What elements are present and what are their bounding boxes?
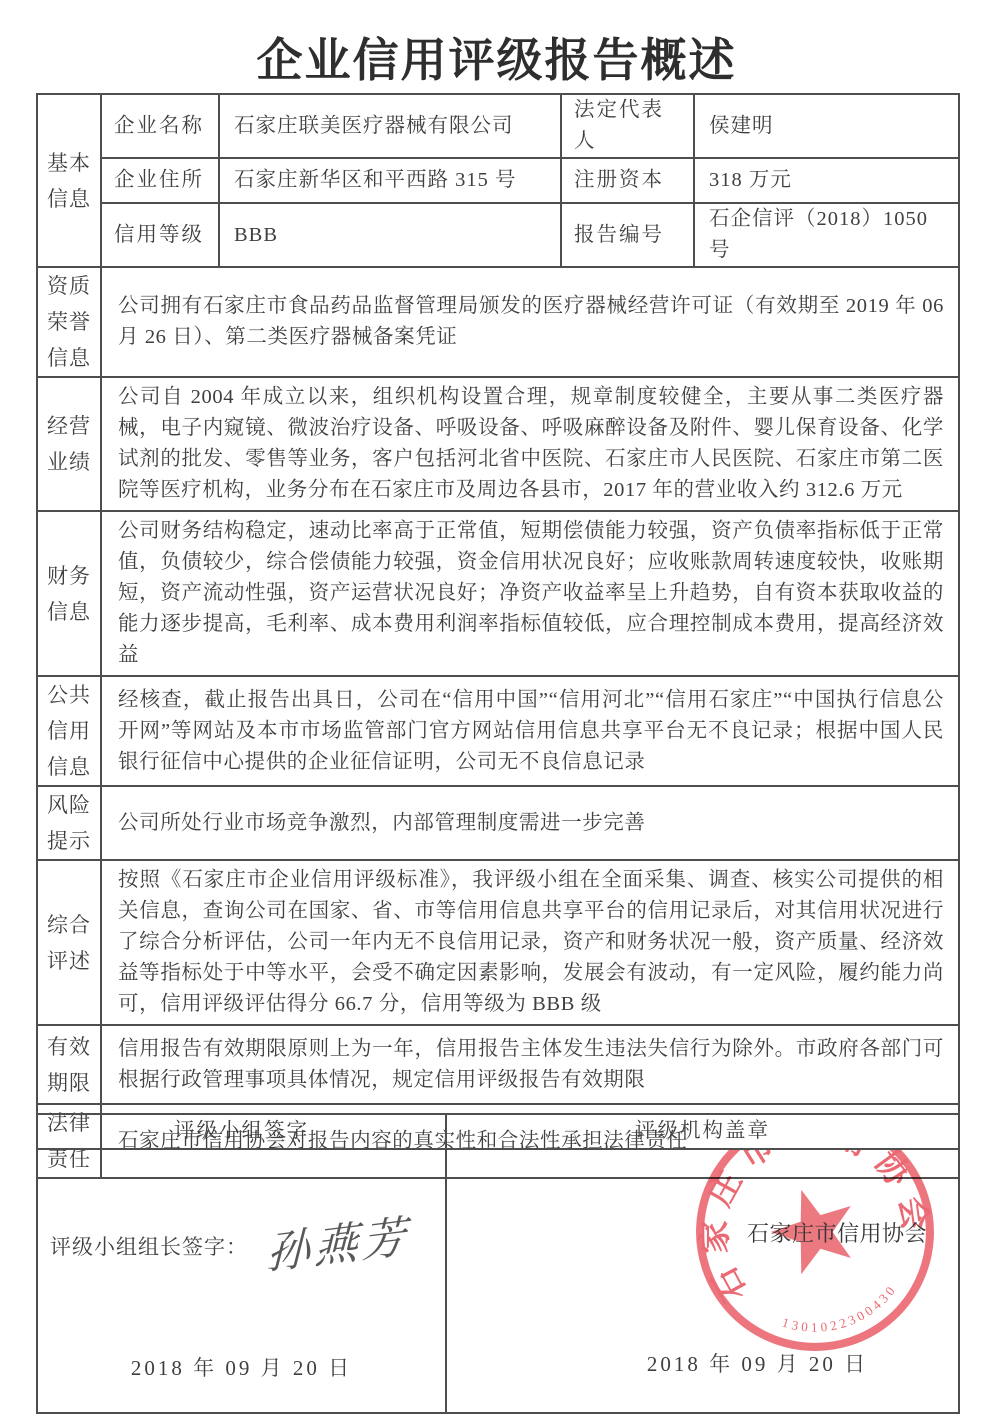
- section-label-validity-period: 有效期限: [37, 1025, 101, 1104]
- table-row: 资质荣誉信息 公司拥有石家庄市食品药品监督管理局颁发的医疗器械经营许可证（有效期…: [37, 267, 959, 377]
- field-value-legal-representative: 侯建明: [694, 94, 959, 158]
- section-label-business-performance: 经营业绩: [37, 377, 101, 511]
- field-label-legal-representative: 法定代表人: [561, 94, 694, 158]
- field-value-registered-capital: 318 万元: [694, 158, 959, 203]
- section-label-financial-info: 财务信息: [37, 511, 101, 676]
- signature-date: 2018 年 09 月 20 日: [38, 1353, 445, 1384]
- seal-cell: 石家庄市信用协会 1301022300430 石家庄市信用协会 2018 年 0…: [446, 1149, 959, 1413]
- table-row: 有效期限 信用报告有效期限原则上为一年，信用报告主体发生违法失信行为除外。市政府…: [37, 1025, 959, 1104]
- signoff-body-row: 评级小组组长签字：孙燕芳 2018 年 09 月 20 日: [37, 1149, 959, 1413]
- field-label-company-address: 企业住所: [101, 158, 219, 203]
- field-label-registered-capital: 注册资本: [561, 158, 694, 203]
- table-row: 公共信用信息 经核查，截止报告出具日，公司在“信用中国”“信用河北”“信用石家庄…: [37, 676, 959, 786]
- field-value-credit-rating: BBB: [219, 203, 561, 267]
- report-table: 基本信息 企业名称 石家庄联美医疗器械有限公司 法定代表人 侯建明 企业住所 石…: [36, 93, 960, 1179]
- section-label-qualifications: 资质荣誉信息: [37, 267, 101, 377]
- rating-agency-seal-header: 评级机构盖章: [446, 1114, 959, 1149]
- leader-signature-label: 评级小组组长签字：: [50, 1235, 248, 1259]
- signoff-table: 评级小组签字 评级机构盖章 评级小组组长签字：孙燕芳 2018 年 09 月 2…: [36, 1113, 960, 1414]
- section-content-comprehensive-review: 按照《石家庄市企业信用评级标准》，我评级小组在全面采集、调查、核实公司提供的相关…: [101, 860, 959, 1025]
- table-row: 风险提示 公司所处行业市场竞争激烈，内部管理制度需进一步完善: [37, 786, 959, 860]
- field-value-company-address: 石家庄新华区和平西路 315 号: [219, 158, 561, 203]
- table-row: 经营业绩 公司自 2004 年成立以来，组织机构设置合理，规章制度较健全，主要从…: [37, 377, 959, 511]
- table-row: 信用等级 BBB 报告编号 石企信评（2018）1050 号: [37, 203, 959, 267]
- section-content-business-performance: 公司自 2004 年成立以来，组织机构设置合理，规章制度较健全，主要从事二类医疗…: [101, 377, 959, 511]
- leader-signature-line: 评级小组组长签字：孙燕芳: [50, 1224, 440, 1263]
- official-seal: 石家庄市信用协会 1301022300430: [689, 1149, 941, 1358]
- section-content-risk-warning: 公司所处行业市场竞争激烈，内部管理制度需进一步完善: [101, 786, 959, 860]
- field-value-report-number: 石企信评（2018）1050 号: [694, 203, 959, 267]
- page-title: 企业信用评级报告概述: [0, 24, 993, 90]
- organization-name: 石家庄市信用协会: [747, 1218, 927, 1249]
- document-page: 企业信用评级报告概述 基本信息 企业名称 石家庄联美医疗器械有限公司 法定代表人…: [0, 0, 993, 1416]
- official-seal-graphic: 石家庄市信用协会 1301022300430: [689, 1149, 941, 1358]
- field-label-credit-rating: 信用等级: [101, 203, 219, 267]
- handwritten-signature: 孙燕芳: [266, 1221, 409, 1270]
- section-label-public-credit-info: 公共信用信息: [37, 676, 101, 786]
- section-label-basic-info: 基本信息: [37, 94, 101, 267]
- table-row: 基本信息 企业名称 石家庄联美医疗器械有限公司 法定代表人 侯建明: [37, 94, 959, 158]
- section-content-validity-period: 信用报告有效期限原则上为一年，信用报告主体发生违法失信行为除外。市政府各部门可根…: [101, 1025, 959, 1104]
- signoff-header-row: 评级小组签字 评级机构盖章: [37, 1114, 959, 1149]
- signature-cell: 评级小组组长签字：孙燕芳 2018 年 09 月 20 日: [37, 1149, 446, 1413]
- table-row: 企业住所 石家庄新华区和平西路 315 号 注册资本 318 万元: [37, 158, 959, 203]
- rating-group-signature-header: 评级小组签字: [37, 1114, 446, 1149]
- section-content-financial-info: 公司财务结构稳定，速动比率高于正常值，短期偿债能力较强，资产负债率指标低于正常值…: [101, 511, 959, 676]
- section-label-risk-warning: 风险提示: [37, 786, 101, 860]
- field-label-company-name: 企业名称: [101, 94, 219, 158]
- field-label-report-number: 报告编号: [561, 203, 694, 267]
- section-label-comprehensive-review: 综合评述: [37, 860, 101, 1025]
- seal-date: 2018 年 09 月 20 日: [447, 1349, 958, 1380]
- table-row: 财务信息 公司财务结构稳定，速动比率高于正常值，短期偿债能力较强，资产负债率指标…: [37, 511, 959, 676]
- field-value-company-name: 石家庄联美医疗器械有限公司: [219, 94, 561, 158]
- seal-ring: [689, 1149, 941, 1358]
- seal-serial-number: 1301022300430: [777, 1278, 907, 1349]
- section-content-public-credit-info: 经核查，截止报告出具日，公司在“信用中国”“信用河北”“信用石家庄”“中国执行信…: [101, 676, 959, 786]
- section-content-qualifications: 公司拥有石家庄市食品药品监督管理局颁发的医疗器械经营许可证（有效期至 2019 …: [101, 267, 959, 377]
- table-row: 综合评述 按照《石家庄市企业信用评级标准》，我评级小组在全面采集、调查、核实公司…: [37, 860, 959, 1025]
